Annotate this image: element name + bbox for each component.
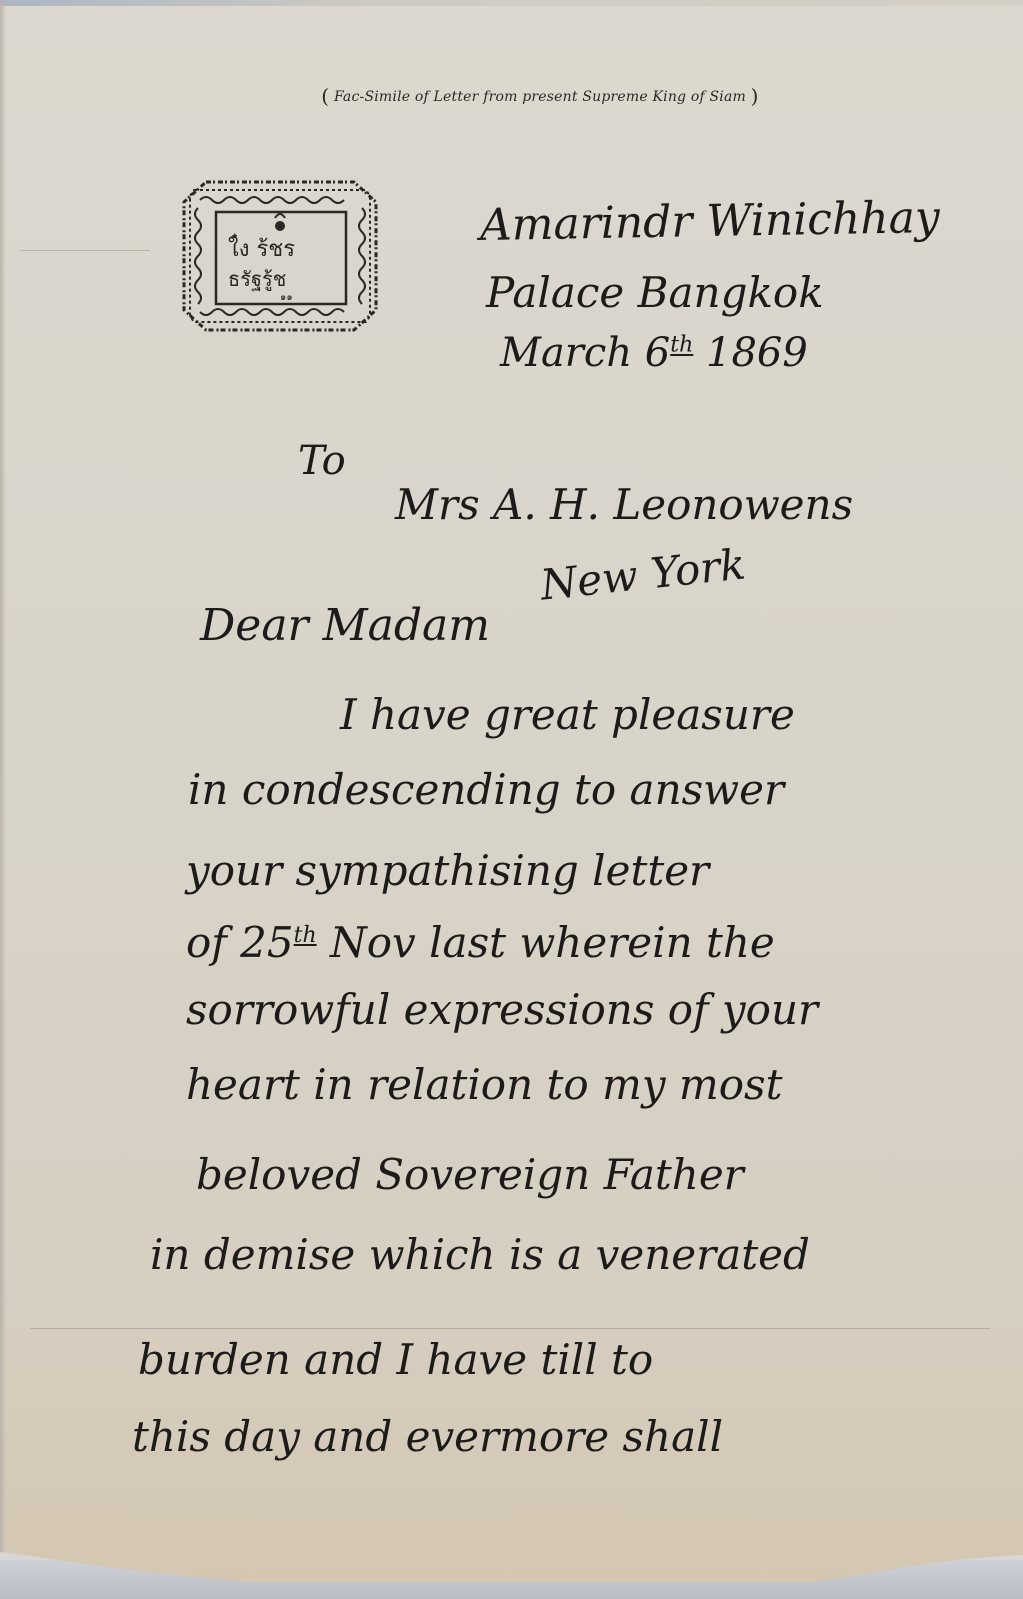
- svg-text:ใ๋ง ร้ชร: ใ๋ง ร้ชร: [228, 233, 295, 262]
- date-month-day: March 6: [500, 330, 670, 376]
- address-line-palace-name: Amarindr Winichhay: [480, 192, 941, 251]
- facsimile-caption: ( Fac-Simile of Letter from present Supr…: [270, 84, 810, 108]
- body-line-4-ordinal: th: [294, 923, 317, 948]
- page-binding-shadow: [0, 0, 6, 1560]
- address-line-city: Palace Bangkok: [486, 268, 824, 317]
- date-ordinal: th: [670, 333, 693, 358]
- body-line-4-rest: Nov last wherein the: [317, 918, 775, 967]
- caption-close-paren: ): [751, 84, 759, 108]
- body-line-1: I have great pleasure: [340, 690, 795, 739]
- recipient-to-label: To: [298, 438, 346, 484]
- body-line-6: heart in relation to my most: [186, 1060, 782, 1109]
- body-line-8: in demise which is a venerated: [150, 1230, 810, 1279]
- date-year: 1869: [706, 330, 808, 376]
- body-line-10: this day and evermore shall: [132, 1412, 723, 1461]
- body-line-4-prefix: of 25: [186, 918, 294, 967]
- letter-date: March 6th 1869: [500, 330, 808, 376]
- body-line-7: beloved Sovereign Father: [196, 1150, 744, 1199]
- recipient-name: Mrs A. H. Leonowens: [395, 480, 853, 529]
- body-line-5: sorrowful expressions of your: [186, 985, 818, 1034]
- fold-line: [30, 1328, 990, 1329]
- body-line-3: your sympathising letter: [186, 846, 709, 895]
- svg-text:๑๑: ๑๑: [280, 292, 293, 303]
- body-line-2: in condescending to answer: [188, 765, 784, 814]
- body-line-4: of 25th Nov last wherein the: [186, 918, 775, 967]
- salutation: Dear Madam: [200, 600, 490, 651]
- caption-text: Fac-Simile of Letter from present Suprem…: [334, 89, 746, 105]
- letter-page: ( Fac-Simile of Letter from present Supr…: [0, 0, 1023, 1582]
- page-top-edge: [0, 0, 1023, 6]
- caption-open-paren: (: [321, 84, 329, 108]
- fold-line: [20, 250, 150, 251]
- svg-text:ธรัฐรู้ช: ธรัฐรู้ช: [228, 267, 286, 292]
- recipient-city: New York: [538, 539, 748, 609]
- body-line-9: burden and I have till to: [138, 1335, 653, 1384]
- royal-seal-icon: ใ๋ง ร้ชร ธรัฐรู้ช ๑๑: [180, 178, 380, 334]
